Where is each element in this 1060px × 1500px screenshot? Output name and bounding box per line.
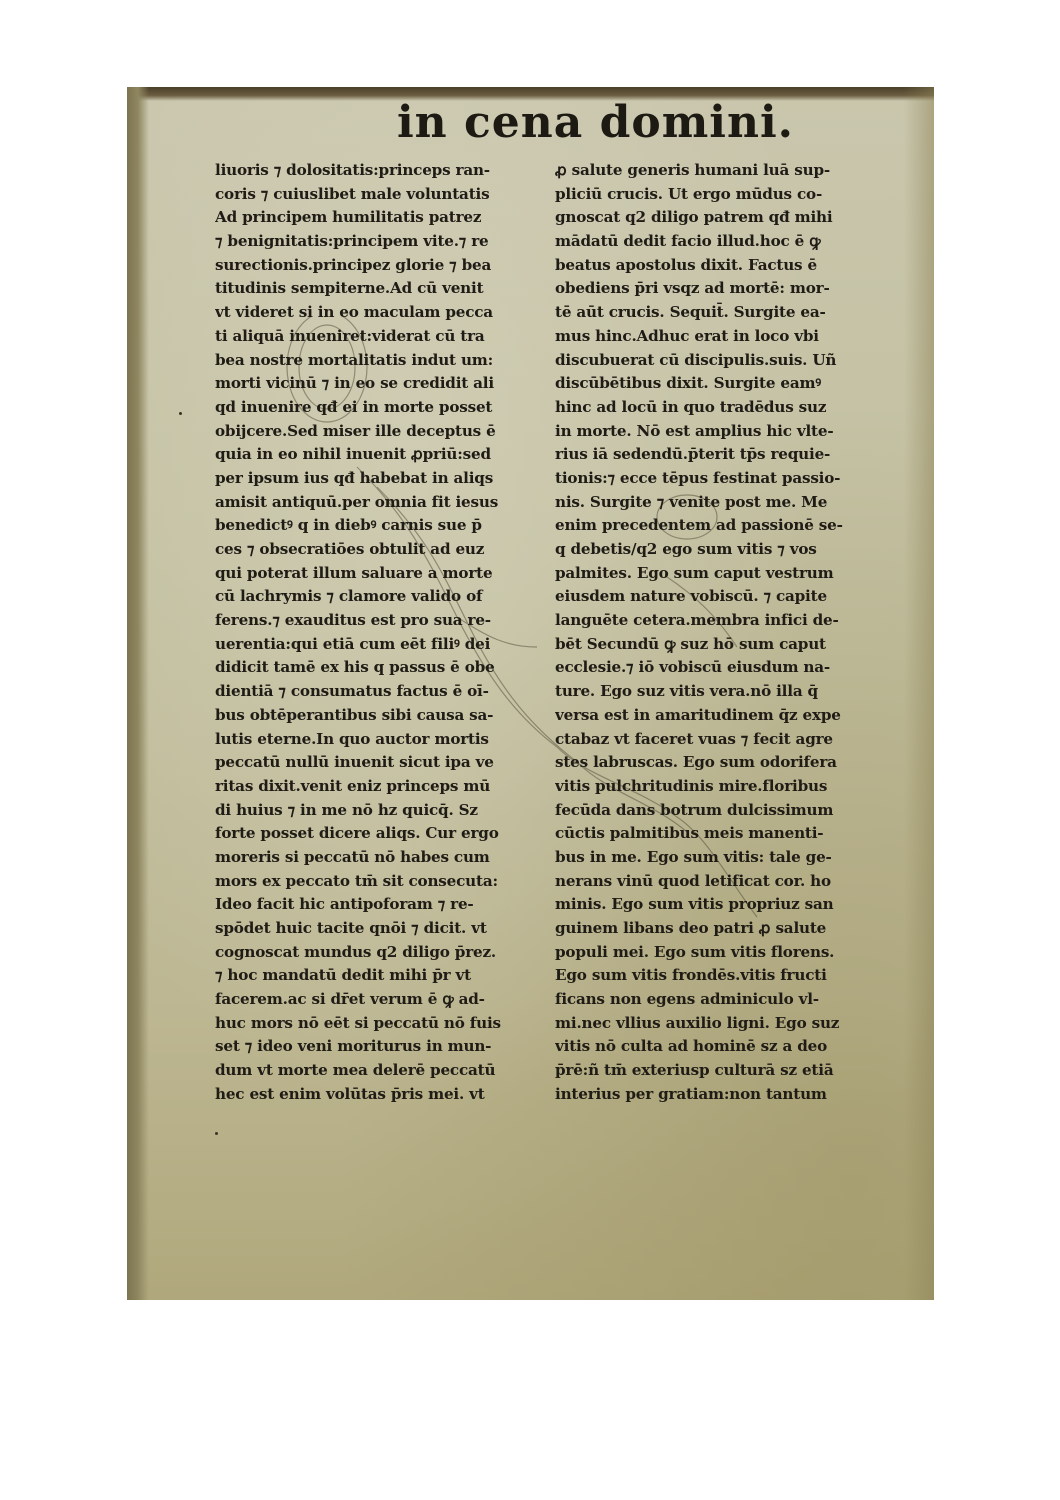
text-line: surectionis.principez glorie ⁊ bea: [215, 254, 535, 278]
text-line: hinc ad locū in quo tradēdus suz: [555, 396, 890, 420]
text-line: stes labruscas. Ego sum odorifera: [555, 751, 890, 775]
text-line: populi mei. Ego sum vitis florens.: [555, 941, 890, 965]
text-line: versa est in amaritudinem q̄z expe: [555, 704, 890, 728]
text-line: tē aūt crucis. Sequit̄. Surgite ea-: [555, 301, 890, 325]
running-head-title: in cena domini.: [127, 97, 934, 148]
text-line: per ipsum ius qđ habebat in aliqs: [215, 467, 535, 491]
text-line: mors ex peccato tm̄ sit consecuta:: [215, 870, 535, 894]
text-line: ⁊ benignitatis:principem vite.⁊ re: [215, 230, 535, 254]
text-line: moreris si peccatū nō habes cum: [215, 846, 535, 870]
text-line: nerans vinū quod letificat cor. ho: [555, 870, 890, 894]
text-line: amisit antiquū.per omnia fit iesus: [215, 491, 535, 515]
page-gutter-shadow: [127, 87, 149, 1300]
text-line: enim precedentem ad passionē se-: [555, 514, 890, 538]
text-line: discubuerat cū discipulis.suis. Uñ: [555, 349, 890, 373]
text-line: di huius ⁊ in me nō hz quicq̄. Sz: [215, 799, 535, 823]
text-line: ꝓ salute generis humani luā sup-: [555, 159, 890, 183]
text-line: ⁊ hoc mandatū dedit mihi p̄r vt: [215, 964, 535, 988]
text-line: Ad principem humilitatis patrez: [215, 206, 535, 230]
text-line: Ideo facit hic antipoforam ⁊ re-: [215, 893, 535, 917]
text-line: obediens p̄ri vsqz ad mortē: mor-: [555, 277, 890, 301]
text-line: spōdet huic tacite qnōi ⁊ dicit. vt: [215, 917, 535, 941]
text-line: huc mors nō eēt si peccatū nō fuis: [215, 1012, 535, 1036]
text-line: eiusdem nature vobiscū. ⁊ capite: [555, 585, 890, 609]
text-line: q debetis/q2 ego sum vitis ⁊ vos: [555, 538, 890, 562]
text-line: guinem libans deo patri ꝓ salute: [555, 917, 890, 941]
text-line: ferens.⁊ exauditus est pro sua re-: [215, 609, 535, 633]
text-line: gnoscat q2 diligo patrem qđ mihi: [555, 206, 890, 230]
text-line: pliciū crucis. Ut ergo mūdus co-: [555, 183, 890, 207]
text-line: benedictꝰ q in diebꝰ carnis sue p̄: [215, 514, 535, 538]
scanned-page-photo: in cena domini. liuoris ⁊ dolositatis:pr…: [127, 87, 934, 1300]
text-column-right: ꝓ salute generis humani luā sup- pliciū …: [555, 159, 890, 1107]
text-line: qui poterat illum saluare a morte: [215, 562, 535, 586]
text-line: bus obtēperantibus sibi causa sa-: [215, 704, 535, 728]
text-line: dientiā ⁊ consumatus factus ē oī-: [215, 680, 535, 704]
text-line: rius iā sedendū.p̄terit tp̄s requie-: [555, 443, 890, 467]
text-line: mus hinc.Adhuc erat in loco vbi: [555, 325, 890, 349]
text-line: languēte cetera.membra infici de-: [555, 609, 890, 633]
text-line: obijcere.Sed miser ille deceptus ē: [215, 420, 535, 444]
text-line: vt videret si in eo maculam pecca: [215, 301, 535, 325]
text-line: quia in eo nihil inuenit ꝓpriū:sed: [215, 443, 535, 467]
text-line: ti aliquā inueniret:viderat cū tra: [215, 325, 535, 349]
text-line: cognoscat mundus q2 diligo p̄rez.: [215, 941, 535, 965]
text-line: bus in me. Ego sum vitis: tale ge-: [555, 846, 890, 870]
text-line: titudinis sempiterne.Ad cū venit: [215, 277, 535, 301]
text-line: fecūda dans botrum dulcissimum: [555, 799, 890, 823]
text-line: ctabaz vt faceret vuas ⁊ fecit agre: [555, 728, 890, 752]
text-line: qd inuenire qđ ei in morte posset: [215, 396, 535, 420]
text-line: dum vt morte mea delerē peccatū: [215, 1059, 535, 1083]
gutter-mark: [179, 412, 182, 415]
text-line: p̄rē:ñ tm̄ exteriusp culturā sz etiā: [555, 1059, 890, 1083]
text-line: ecclesie.⁊ iō vobiscū eiusdum na-: [555, 656, 890, 680]
text-line: tionis:⁊ ecce tēpus festinat passio-: [555, 467, 890, 491]
text-line: ture. Ego suz vitis vera.nō illa q̄: [555, 680, 890, 704]
text-line: forte posset dicere aliqs. Cur ergo: [215, 822, 535, 846]
text-line: cū lachrymis ⁊ clamore valido of: [215, 585, 535, 609]
text-line: interius per gratiam:non tantum: [555, 1083, 890, 1107]
text-line: peccatū nullū inuenit sicut ipa ve: [215, 751, 535, 775]
text-line: ces ⁊ obsecratiōes obtulit ad euz: [215, 538, 535, 562]
text-line: uerentia:qui etiā cum eēt filiꝰ dei: [215, 633, 535, 657]
text-line: ficans non egens adminiculo vl-: [555, 988, 890, 1012]
text-line: vitis pulchritudinis mire.floribus: [555, 775, 890, 799]
text-line: facerem.ac si dr̄et verum ē ꝙ ad-: [215, 988, 535, 1012]
text-line: bēt Secundū ꝙ suz hō sum caput: [555, 633, 890, 657]
text-line: bea nostre mortalitatis indut um:: [215, 349, 535, 373]
text-line: set ⁊ ideo veni moriturus in mun-: [215, 1035, 535, 1059]
text-line: ritas dixit.venit eniz princeps mū: [215, 775, 535, 799]
text-line: liuoris ⁊ dolositatis:princeps ran-: [215, 159, 535, 183]
text-line: discūbētibus dixit. Surgite eamꝰ: [555, 372, 890, 396]
text-line: hec est enim volūtas p̄ris mei. vt: [215, 1083, 535, 1107]
text-line: cūctis palmitibus meis manenti-: [555, 822, 890, 846]
text-line: in morte. Nō est amplius hic vlte-: [555, 420, 890, 444]
text-line: mi.nec vllius auxilio ligni. Ego suz: [555, 1012, 890, 1036]
text-line: mādatū dedit facio illud.hoc ē ꝙ: [555, 230, 890, 254]
page-right-shadow: [904, 87, 934, 1300]
text-line: beatus apostolus dixit. Factus ē: [555, 254, 890, 278]
text-line: Ego sum vitis frondēs.vitis fructi: [555, 964, 890, 988]
text-line: coris ⁊ cuiuslibet male voluntatis: [215, 183, 535, 207]
text-line: vitis nō culta ad hominē sz a deo: [555, 1035, 890, 1059]
text-line: nis. Surgite ⁊ venite post me. Me: [555, 491, 890, 515]
text-column-left: liuoris ⁊ dolositatis:princeps ran- cori…: [215, 159, 535, 1107]
text-line: didicit tamē ex his q passus ē obe: [215, 656, 535, 680]
text-line: morti vicinū ⁊ in eo se credidit ali: [215, 372, 535, 396]
text-line: lutis eterne.In quo auctor mortis: [215, 728, 535, 752]
text-line: minis. Ego sum vitis propriuz san: [555, 893, 890, 917]
text-line: palmites. Ego sum caput vestrum: [555, 562, 890, 586]
gutter-mark: [215, 1132, 218, 1135]
